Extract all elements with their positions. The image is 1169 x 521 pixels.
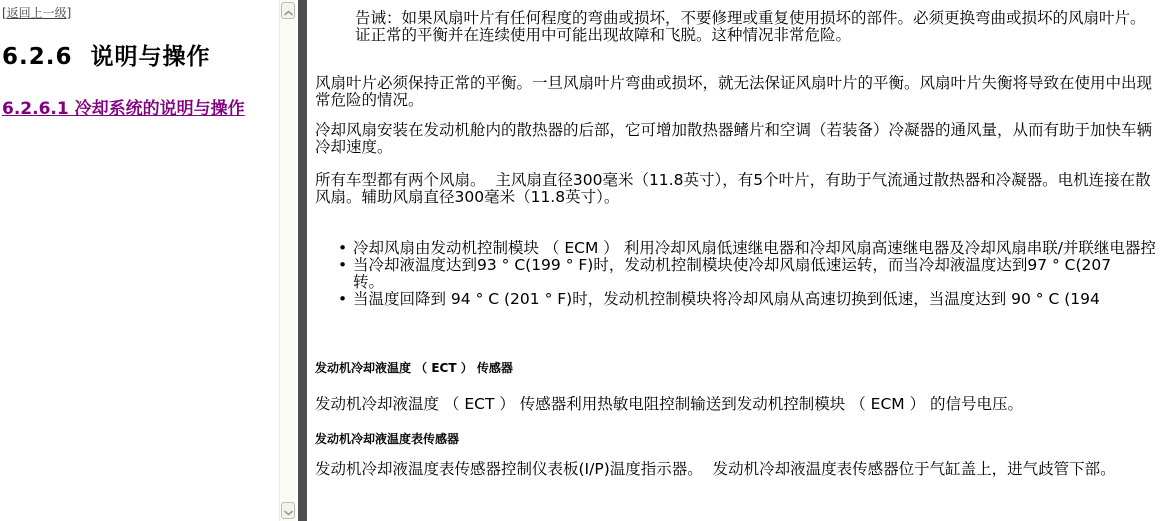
frameset: [返回上一级] 6.2.6 说明与操作 6.2.6.1 冷却系统的说明与操作 告…: [0, 0, 1169, 521]
paragraph-fan-location: 冷却风扇安装在发动机舱内的散热器的后部，它可增加散热器鳍片和空调（若装备）冷凝器…: [315, 122, 1169, 156]
bullet-list: 冷却风扇由发动机控制模块 （ ECM ） 利用冷却风扇低速继电器和冷却风扇高速继…: [315, 240, 1169, 308]
paragraph-line: 冷却风扇安装在发动机舱内的散热器的后部，它可增加散热器鳍片和空调（若装备）冷凝器…: [315, 122, 1169, 139]
paragraph-line: 常危险的情况。: [315, 92, 1169, 109]
nav-scrollbar[interactable]: [279, 0, 296, 521]
nav-frame: [返回上一级] 6.2.6 说明与操作 6.2.6.1 冷却系统的说明与操作: [0, 0, 296, 521]
paragraph-line: 冷却速度。: [315, 139, 1169, 156]
bullet-line: 当温度回降到 94 ° C (201 ° F)时，发动机控制模块将冷却风扇从高速…: [353, 291, 1169, 308]
bullet-line: 冷却风扇由发动机控制模块 （ ECM ） 利用冷却风扇低速继电器和冷却风扇高速继…: [353, 240, 1169, 257]
scroll-up-button[interactable]: [281, 2, 295, 19]
section-link[interactable]: 6.2.6.1 冷却系统的说明与操作: [2, 94, 245, 119]
subsection-heading-ect-sensor: 发动机冷却液温度 （ ECT ） 传感器: [315, 362, 1169, 375]
paragraph-line: 发动机冷却液温度表传感器控制仪表板(I/P)温度指示器。 发动机冷却液温度表传感…: [315, 461, 1169, 478]
subsection-body: 发动机冷却液温度 （ ECT ） 传感器利用热敏电阻控制输送到发动机控制模块 （…: [315, 396, 1169, 413]
content-frame: 告诫：如果风扇叶片有任何程度的弯曲或损坏，不要修理或重复使用损坏的部件。必须更换…: [307, 0, 1169, 521]
warning-line: 证正常的平衡并在连续使用中可能出现故障和飞脱。这种情况非常危险。: [355, 27, 1169, 44]
bullet-line: 当冷却液温度达到93 ° C(199 ° F)时，发动机控制模块使冷却风扇低速运…: [353, 257, 1169, 274]
paragraph-line: 所有车型都有两个风扇。 主风扇直径300毫米（11.8英寸），有5个叶片，有助于…: [315, 172, 1169, 189]
paragraph-line: 发动机冷却液温度 （ ECT ） 传感器利用热敏电阻控制输送到发动机控制模块 （…: [315, 396, 1169, 413]
scroll-down-button[interactable]: [281, 502, 295, 519]
bullet-item: 冷却风扇由发动机控制模块 （ ECM ） 利用冷却风扇低速继电器和冷却风扇高速继…: [315, 240, 1169, 257]
page-title: 6.2.6 说明与操作: [2, 38, 276, 71]
subsection-heading-gauge-sensor: 发动机冷却液温度表传感器: [315, 433, 1169, 446]
paragraph-line: 风扇叶片必须保持正常的平衡。一旦风扇叶片弯曲或损坏，就无法保证风扇叶片的平衡。风…: [315, 75, 1169, 92]
chevron-up-icon: [284, 1, 293, 20]
frame-divider[interactable]: [296, 0, 307, 521]
warning-paragraph: 告诫：如果风扇叶片有任何程度的弯曲或损坏，不要修理或重复使用损坏的部件。必须更换…: [355, 10, 1169, 44]
warning-line: 告诫：如果风扇叶片有任何程度的弯曲或损坏，不要修理或重复使用损坏的部件。必须更换…: [355, 10, 1169, 27]
back-link[interactable]: [返回上一级]: [2, 4, 71, 21]
paragraph-fan-specs: 所有车型都有两个风扇。 主风扇直径300毫米（11.8英寸），有5个叶片，有助于…: [315, 172, 1169, 206]
bullet-item: 当温度回降到 94 ° C (201 ° F)时，发动机控制模块将冷却风扇从高速…: [315, 291, 1169, 308]
paragraph-fan-balance: 风扇叶片必须保持正常的平衡。一旦风扇叶片弯曲或损坏，就无法保证风扇叶片的平衡。风…: [315, 75, 1169, 109]
chevron-down-icon: [284, 501, 293, 520]
bullet-line: 转。: [353, 274, 1169, 291]
nav-content: [返回上一级] 6.2.6 说明与操作 6.2.6.1 冷却系统的说明与操作: [0, 0, 296, 121]
subsection-body: 发动机冷却液温度表传感器控制仪表板(I/P)温度指示器。 发动机冷却液温度表传感…: [315, 461, 1169, 478]
bullet-item: 当冷却液温度达到93 ° C(199 ° F)时，发动机控制模块使冷却风扇低速运…: [315, 257, 1169, 291]
paragraph-line: 风扇。辅助风扇直径300毫米（11.8英寸）。: [315, 189, 1169, 206]
